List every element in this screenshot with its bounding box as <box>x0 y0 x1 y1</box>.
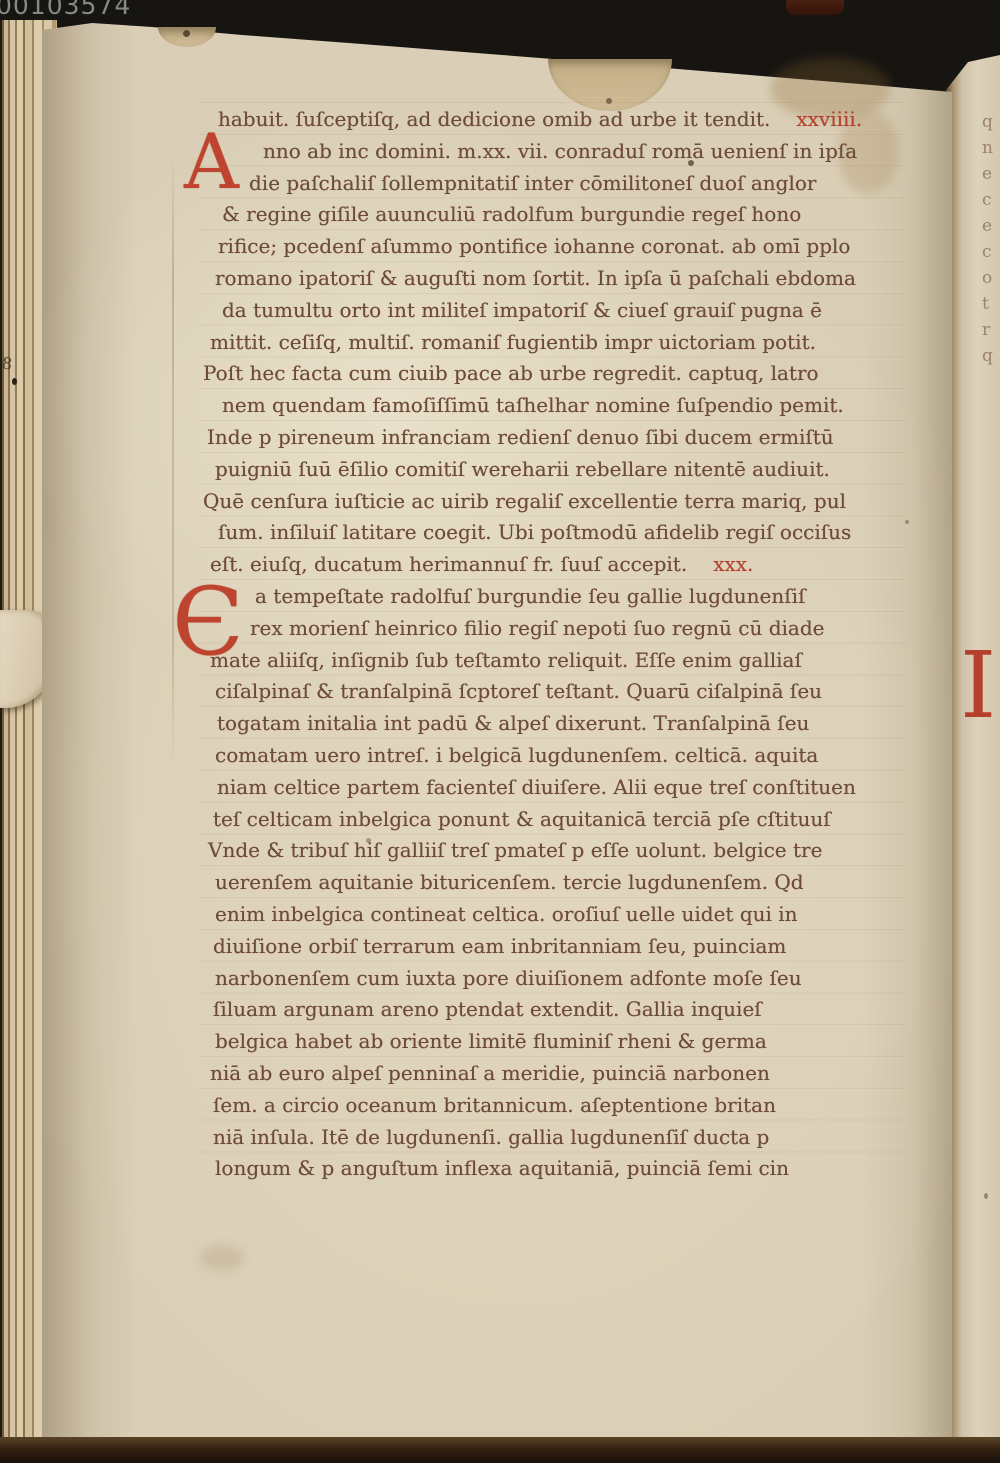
line-text: ſum. inſiluiſ latitare coegit. Ubi poſtm… <box>218 520 851 544</box>
facing-page-ink-dot <box>984 1193 988 1199</box>
line-text: niā ab euro alpeſ penninaſ a meridie, pu… <box>210 1061 770 1085</box>
line-text: ſem. a circio oceanum britannicum. aſept… <box>213 1093 776 1117</box>
ink-speck <box>905 520 909 524</box>
line-text: belgica habet ab oriente limitē fluminiſ… <box>215 1029 767 1053</box>
facing-edge-letter: e <box>982 164 992 184</box>
facing-page-edge: qnececotrq I <box>946 0 1000 1443</box>
text-line: uerenſem aquitanie bituricenſem. tercie … <box>215 867 903 899</box>
line-text: narbonenſem cum iuxta pore diuiſionem ad… <box>215 966 802 990</box>
initial-letter-a: A <box>184 124 239 200</box>
facing-edge-letter: q <box>982 346 993 366</box>
initial-letter-e: Є <box>172 576 244 670</box>
line-text: puigniū ſuū ēſilio comitiſ wereharii reb… <box>215 457 830 481</box>
facing-edge-letter: n <box>982 138 993 158</box>
text-line: da tumultu orto int militeſ impatoriſ & … <box>222 295 903 327</box>
text-line: ciſalpinaſ & tranſalpinā ſcptoreſ teſtan… <box>215 676 903 708</box>
line-text: Inde p pireneum infranciam redienſ denuo… <box>207 425 834 449</box>
ink-speck <box>183 30 190 37</box>
line-text: habuit. ſuſceptiſq, ad dedicione omib ad… <box>218 107 770 131</box>
text-line: niam celtice partem facienteſ diuiſere. … <box>217 772 903 804</box>
line-text: teſ celticam inbelgica ponunt & aquitani… <box>213 807 831 831</box>
text-line: togatam initalia int padū & alpeſ dixeru… <box>217 708 903 740</box>
facing-page-initial-i: I <box>960 640 996 732</box>
text-line: & regine giſile auunculiū radolfum burgu… <box>222 199 903 231</box>
text-line: rex morienſ heinrico filio regiſ nepoti … <box>250 613 903 645</box>
text-line: romano ipatoriſ & auguſti nom ſortit. In… <box>215 263 903 295</box>
facing-edge-letter: c <box>982 190 992 210</box>
line-text: eſt. eiuſq, ducatum herimannuſ fr. ſuuſ … <box>210 552 687 576</box>
facing-edge-letter: o <box>982 268 992 288</box>
facing-edge-letter: t <box>982 294 989 314</box>
text-line: mittit. ceſiſq, multiſ. romaniſ fugienti… <box>210 327 903 359</box>
margin-ink-dot <box>12 378 17 385</box>
line-text: mittit. ceſiſq, multiſ. romaniſ fugienti… <box>210 330 816 354</box>
line-text: uerenſem aquitanie bituricenſem. tercie … <box>215 870 804 894</box>
line-text: ſiluam argunam areno ptendat extendit. G… <box>213 997 762 1021</box>
text-block: habuit. ſuſceptiſq, ad dedicione omib ad… <box>203 104 903 1185</box>
text-line: Vnde & tribuſ hiſ galliiſ treſ pmateſ p … <box>208 835 903 867</box>
line-text: nno ab inc domini. m.xx. vii. conraduſ r… <box>263 139 857 163</box>
line-text: die paſchaliſ ſollempnitatiſ inter cōmil… <box>249 171 816 195</box>
facing-edge-letter: c <box>982 242 992 262</box>
line-text: enim inbelgica contineat celtica. oroſiu… <box>215 902 798 926</box>
text-line: niā ab euro alpeſ penninaſ a meridie, pu… <box>210 1058 903 1090</box>
text-line: ſum. inſiluiſ latitare coegit. Ubi poſtm… <box>218 517 903 549</box>
line-text: Poſt hec facta cum ciuib pace ab urbe re… <box>203 361 819 385</box>
text-line: enim inbelgica contineat celtica. oroſiu… <box>215 899 903 931</box>
line-text: romano ipatoriſ & auguſti nom ſortit. In… <box>215 266 856 290</box>
line-text: a tempeſtate radolfuſ burgundie ſeu gall… <box>255 584 805 608</box>
line-text: nem quendam famoſiſſimū taſhelhar nomine… <box>222 393 844 417</box>
binding-headband <box>786 0 844 15</box>
line-text: niā inſula. Itē de lugdunenſi. gallia lu… <box>213 1125 769 1149</box>
text-line: comatam uero intreſ. i belgicā lugdunenſ… <box>215 740 903 772</box>
line-text: & regine giſile auunculiū radolfum burgu… <box>222 202 801 226</box>
text-line: habuit. ſuſceptiſq, ad dedicione omib ad… <box>218 104 903 136</box>
manuscript-photo: 00103574 8 A Є habuit. ſuſceptiſq, ad de… <box>0 0 1000 1463</box>
text-line: longum & p anguſtum inflexa aquitaniā, p… <box>215 1153 903 1185</box>
line-text: Vnde & tribuſ hiſ galliiſ treſ pmateſ p … <box>208 838 822 862</box>
line-text: niam celtice partem facienteſ diuiſere. … <box>217 775 856 799</box>
text-line: diuiſione orbiſ terrarum eam inbritannia… <box>213 931 903 963</box>
text-line: belgica habet ab oriente limitē fluminiſ… <box>215 1026 903 1058</box>
text-line: teſ celticam inbelgica ponunt & aquitani… <box>213 804 903 836</box>
line-text: rifice; pcedenſ aſummo pontifice iohanne… <box>218 234 850 258</box>
text-line: Quē cenſura iuſticie ac uirib regaliſ ex… <box>203 486 903 518</box>
text-line: narbonenſem cum iuxta pore diuiſionem ad… <box>215 963 903 995</box>
text-line: ſem. a circio oceanum britannicum. aſept… <box>213 1090 903 1122</box>
text-line: a tempeſtate radolfuſ burgundie ſeu gall… <box>255 581 903 613</box>
parchment-stain <box>200 1245 244 1271</box>
facing-edge-letter: r <box>982 320 990 340</box>
page-crease <box>172 150 174 770</box>
line-text: comatam uero intreſ. i belgicā lugdunenſ… <box>215 743 818 767</box>
text-line: Poſt hec facta cum ciuib pace ab urbe re… <box>203 358 903 390</box>
text-line: nem quendam famoſiſſimū taſhelhar nomine… <box>222 390 903 422</box>
text-line: ſiluam argunam areno ptendat extendit. G… <box>213 994 903 1026</box>
line-text: mate aliiſq, inſignib ſub teſtamto reliq… <box>210 648 802 672</box>
text-line: niā inſula. Itē de lugdunenſi. gallia lu… <box>213 1122 903 1154</box>
chapter-number: xxviiii. <box>796 107 862 131</box>
text-line: die paſchaliſ ſollempnitatiſ inter cōmil… <box>249 168 903 200</box>
table-edge <box>0 1437 1000 1463</box>
facing-edge-letter: e <box>982 216 992 236</box>
chapter-number: xxx. <box>713 552 753 576</box>
line-text: longum & p anguſtum inflexa aquitaniā, p… <box>215 1156 789 1180</box>
text-line: rifice; pcedenſ aſummo pontifice iohanne… <box>218 231 903 263</box>
facing-edge-letter: q <box>982 112 993 132</box>
line-text: rex morienſ heinrico filio regiſ nepoti … <box>250 616 824 640</box>
scan-id: 00103574 <box>0 0 131 20</box>
line-text: togatam initalia int padū & alpeſ dixeru… <box>217 711 809 735</box>
text-line: Inde p pireneum infranciam redienſ denuo… <box>207 422 903 454</box>
text-line: mate aliiſq, inſignib ſub teſtamto reliq… <box>210 645 903 677</box>
line-text: da tumultu orto int militeſ impatoriſ & … <box>222 298 822 322</box>
text-line: eſt. eiuſq, ducatum herimannuſ fr. ſuuſ … <box>210 549 903 581</box>
text-line: puigniū ſuū ēſilio comitiſ wereharii reb… <box>215 454 903 486</box>
line-text: diuiſione orbiſ terrarum eam inbritannia… <box>213 934 786 958</box>
text-line: nno ab inc domini. m.xx. vii. conraduſ r… <box>263 136 903 168</box>
line-text: Quē cenſura iuſticie ac uirib regaliſ ex… <box>203 489 846 513</box>
line-text: ciſalpinaſ & tranſalpinā ſcptoreſ teſtan… <box>215 679 822 703</box>
